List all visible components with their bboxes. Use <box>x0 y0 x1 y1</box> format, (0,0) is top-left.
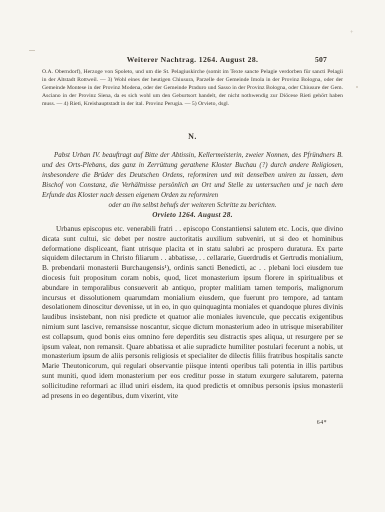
dateline: Orvieto 1264. August 28. <box>42 211 343 219</box>
scan-artifact-dash <box>29 50 35 51</box>
entry-letter: N. <box>42 132 343 141</box>
running-head: Weiterer Nachtrag. 1264. August 28. 507 <box>42 55 343 67</box>
scan-artifact-plus: + <box>350 30 353 36</box>
charter-body-text: Urbanus episcopus etc. venerabili fratri… <box>42 224 343 400</box>
footnote-block: O.A. Oberndorf), Herzoge von Spoleto, un… <box>42 68 343 108</box>
regest-text: Pabst Urban IV. beauftragt auf Bitte der… <box>42 150 343 200</box>
page-number: 507 <box>315 55 327 64</box>
running-head-title: Weiterer Nachtrag. 1264. August 28. <box>127 55 259 64</box>
scanned-book-page: + Weiterer Nachtrag. 1264. August 28. 50… <box>0 0 385 512</box>
regest-last-line: oder an ihn selbst behufs der weiteren S… <box>42 200 343 210</box>
signature-mark: 64* <box>42 420 343 426</box>
scan-artifact-speck <box>356 86 358 88</box>
